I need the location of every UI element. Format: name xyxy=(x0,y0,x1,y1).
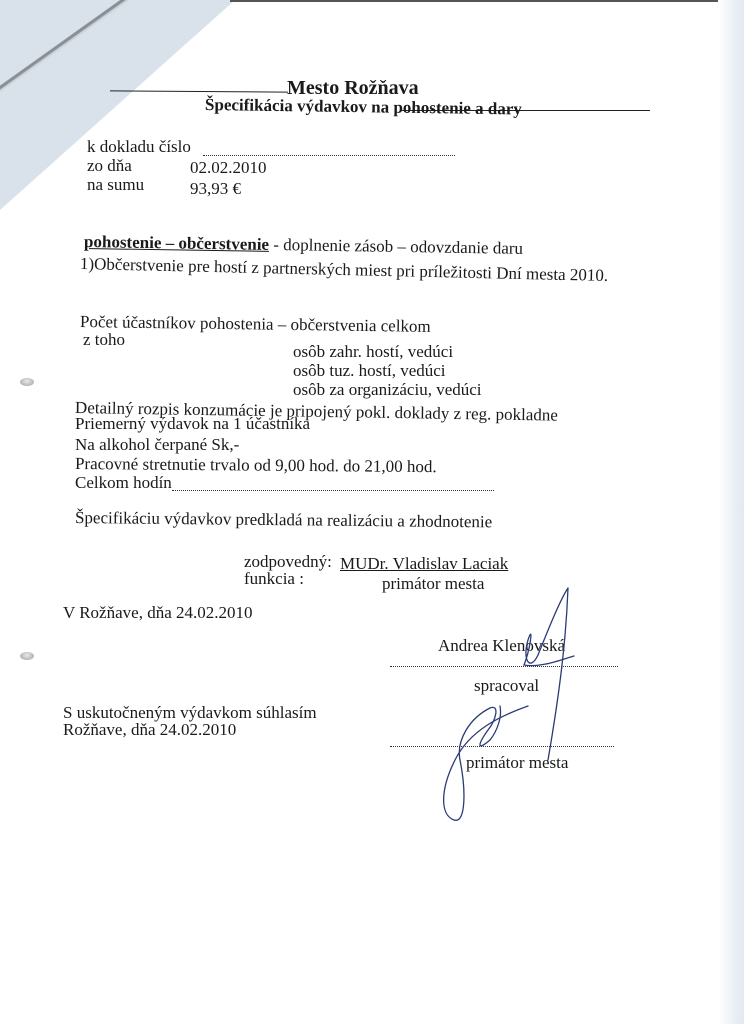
handwritten-signatures xyxy=(0,0,744,1024)
signature-primator xyxy=(444,706,528,820)
signature-klenovska xyxy=(524,588,574,760)
